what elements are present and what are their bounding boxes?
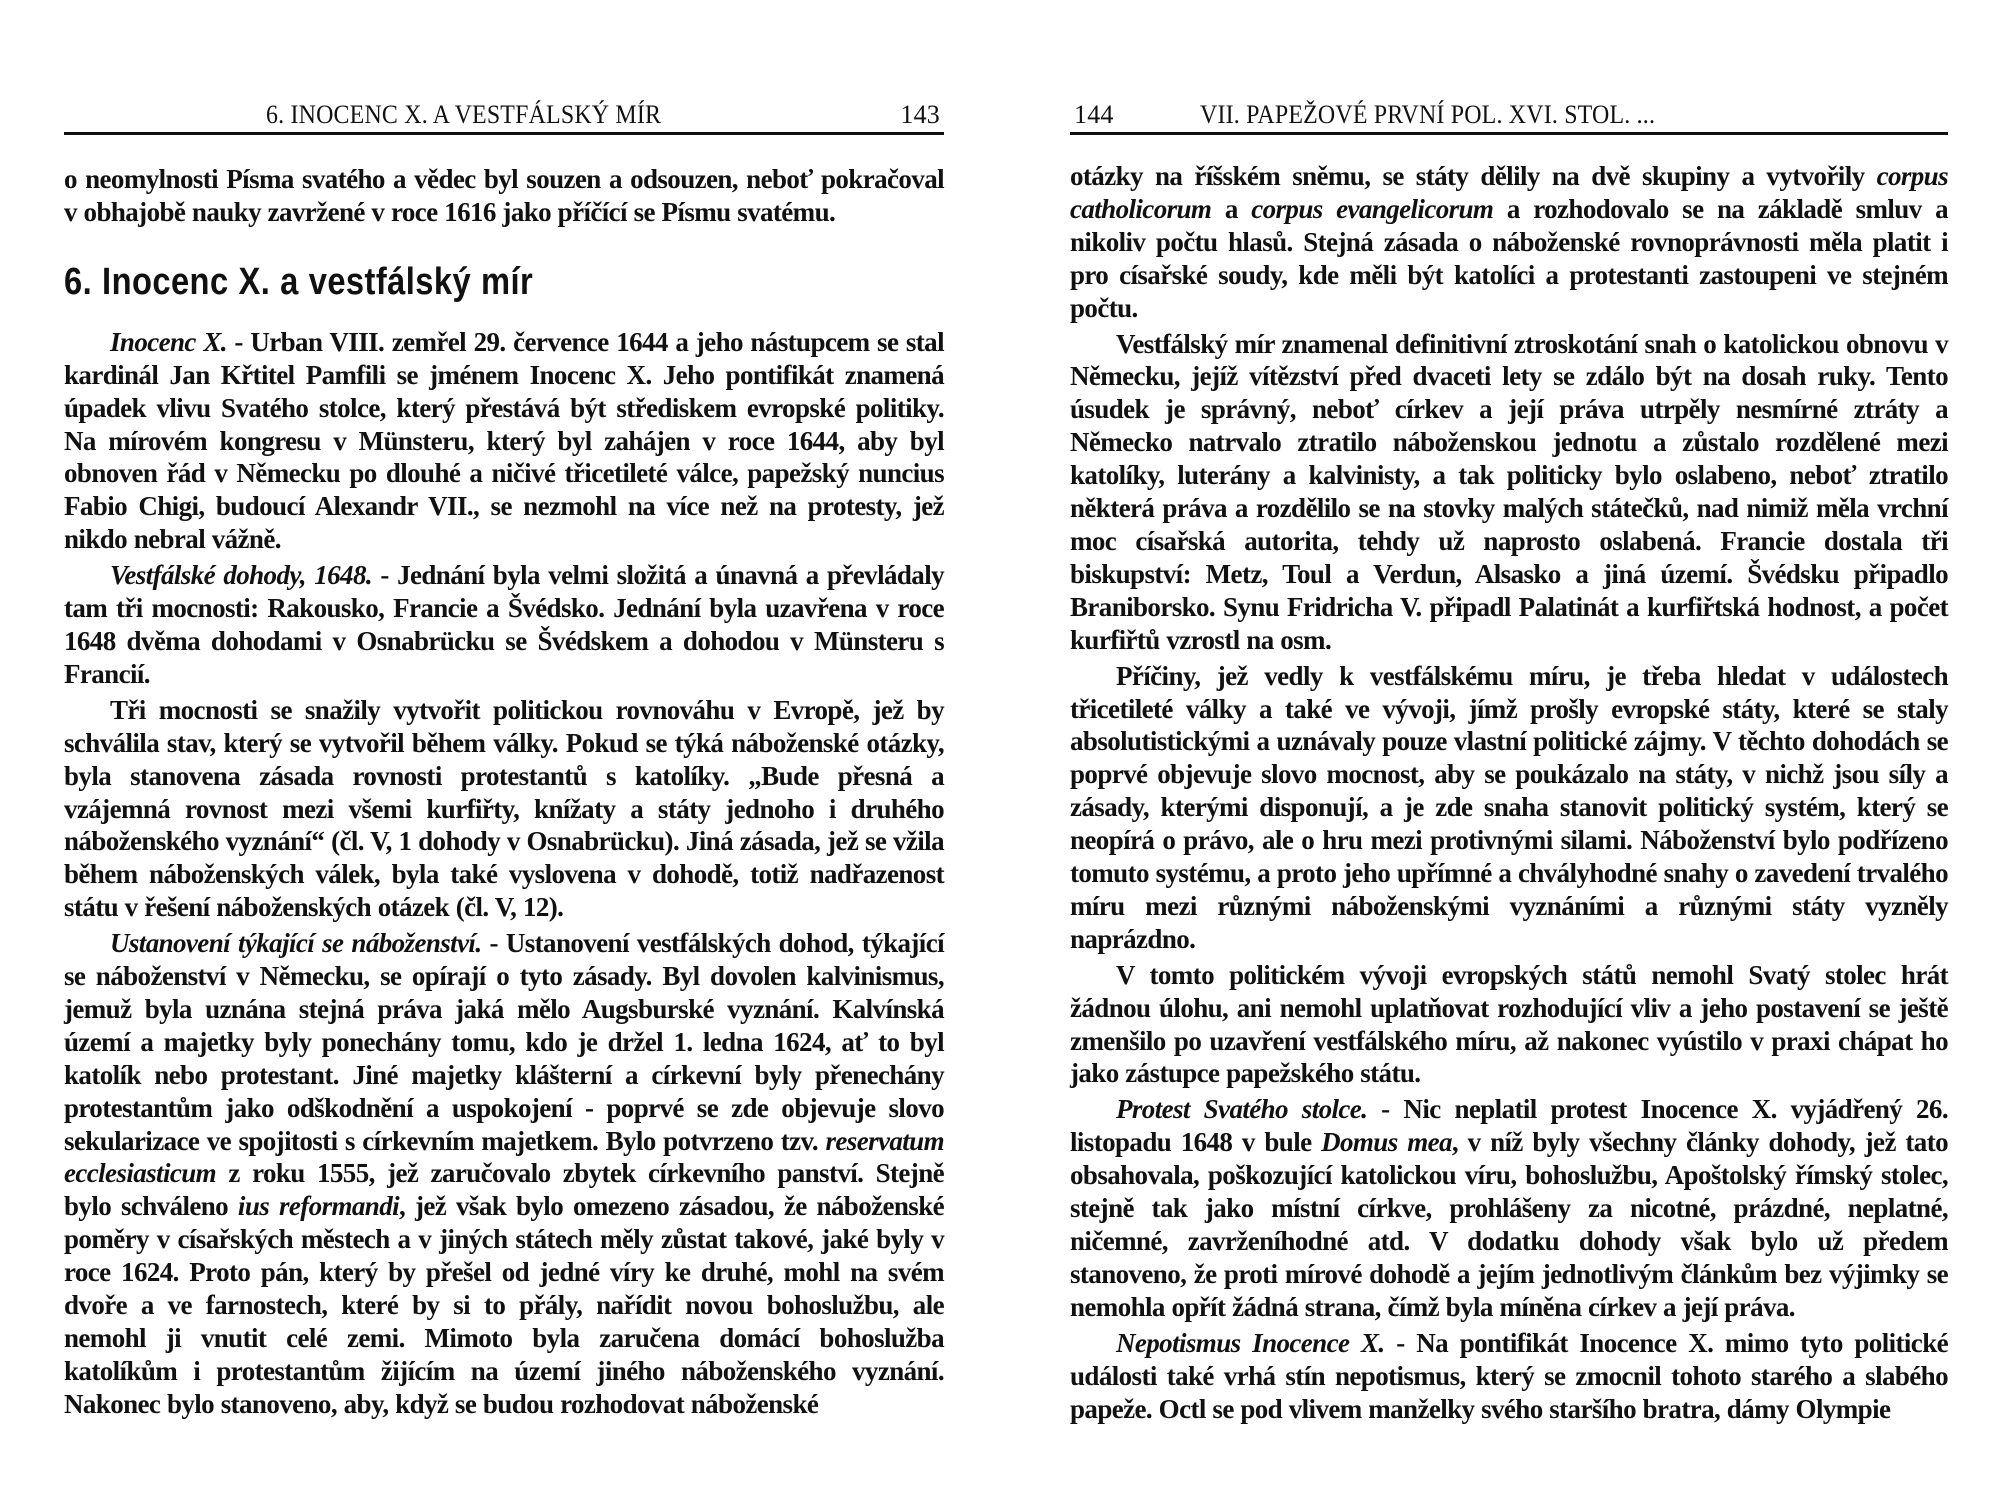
paragraph-text: - Ustanovení vestfálských dohod, týkajíc… bbox=[64, 928, 944, 1155]
paragraph-vestfalsky-mir: Vestfálský mír znamenal definitivní ztro… bbox=[1070, 328, 1948, 657]
paragraph-text: , jež však bylo omezeno zásadou, že nábo… bbox=[64, 1191, 944, 1418]
paragraph-text: otázky na říšském sněmu, se státy dělily… bbox=[1070, 161, 1877, 191]
running-head-left: 6. INOCENC X. A VESTFÁLSKÝ MÍR 143 bbox=[64, 98, 944, 135]
continuation-paragraph: o neomylnosti Písma svatého a vědec byl … bbox=[64, 163, 944, 229]
page-number: 143 bbox=[900, 100, 940, 130]
paragraph-lead: Vestfálské dohody, 1648. bbox=[110, 560, 372, 590]
right-page-body: otázky na říšském sněmu, se státy dělily… bbox=[1070, 160, 1948, 1428]
left-page: 6. INOCENC X. A VESTFÁLSKÝ MÍR 143 o neo… bbox=[64, 0, 944, 1500]
section-heading: 6. Inocenc X. a vestfálský mír bbox=[64, 260, 821, 304]
paragraph-lead: Ustanovení týkající se náboženství. bbox=[110, 928, 482, 958]
paragraph-text: Příčiny, jež vedly k vestfálskému míru, … bbox=[1070, 661, 1948, 954]
paragraph-lead: Inocenc X. bbox=[110, 327, 227, 357]
paragraph-protest: Protest Svatého stolce. - Nic neplatil p… bbox=[1070, 1093, 1948, 1323]
paragraph-lead: Nepotismus Inocence X. bbox=[1116, 1328, 1385, 1358]
paragraph-text: Tři mocnosti se snažily vytvořit politic… bbox=[64, 695, 944, 922]
paragraph-tri-mocnosti: Tři mocnosti se snažily vytvořit politic… bbox=[64, 694, 944, 924]
latin-term: ius reformandi bbox=[238, 1191, 399, 1221]
right-page: 144 VII. PAPEŽOVÉ PRVNÍ POL. XVI. STOL. … bbox=[1070, 0, 1948, 1500]
paragraph-nepotismus: Nepotismus Inocence X. - Na pontifikát I… bbox=[1070, 1327, 1948, 1426]
paragraph-ustanoveni: Ustanovení týkající se náboženství. - Us… bbox=[64, 927, 944, 1421]
paragraph-text: V tomto politickém vývoji evropských stá… bbox=[1070, 960, 1948, 1089]
continuation-paragraph: otázky na říšském sněmu, se státy dělily… bbox=[1070, 160, 1948, 325]
paragraph-vestfalske-dohody: Vestfálské dohody, 1648. - Jednání byla … bbox=[64, 559, 944, 691]
latin-term: Domus mea bbox=[1321, 1127, 1452, 1157]
paragraph-text: a bbox=[1211, 194, 1251, 224]
running-head-title: 6. INOCENC X. A VESTFÁLSKÝ MÍR bbox=[266, 100, 661, 130]
paragraph-v-tomto: V tomto politickém vývoji evropských stá… bbox=[1070, 959, 1948, 1091]
paragraph-priciny: Příčiny, jež vedly k vestfálskému míru, … bbox=[1070, 660, 1948, 956]
running-head-title: VII. PAPEŽOVÉ PRVNÍ POL. XVI. STOL. ... bbox=[1200, 100, 1655, 130]
left-page-body: o neomylnosti Písma svatého a vědec byl … bbox=[64, 163, 944, 1424]
paragraph-inocenc: Inocenc X. - Urban VIII. zemřel 29. červ… bbox=[64, 326, 944, 556]
latin-term: corpus evangelicorum bbox=[1251, 194, 1493, 224]
page-number: 144 bbox=[1074, 100, 1114, 130]
paragraph-lead: Protest Svatého stolce. bbox=[1116, 1094, 1367, 1124]
paragraph-text: Vestfálský mír znamenal definitivní ztro… bbox=[1070, 329, 1948, 655]
running-head-right: 144 VII. PAPEŽOVÉ PRVNÍ POL. XVI. STOL. … bbox=[1070, 98, 1948, 135]
paragraph-text: - Urban VIII. zemřel 29. července 1644 a… bbox=[64, 327, 944, 554]
